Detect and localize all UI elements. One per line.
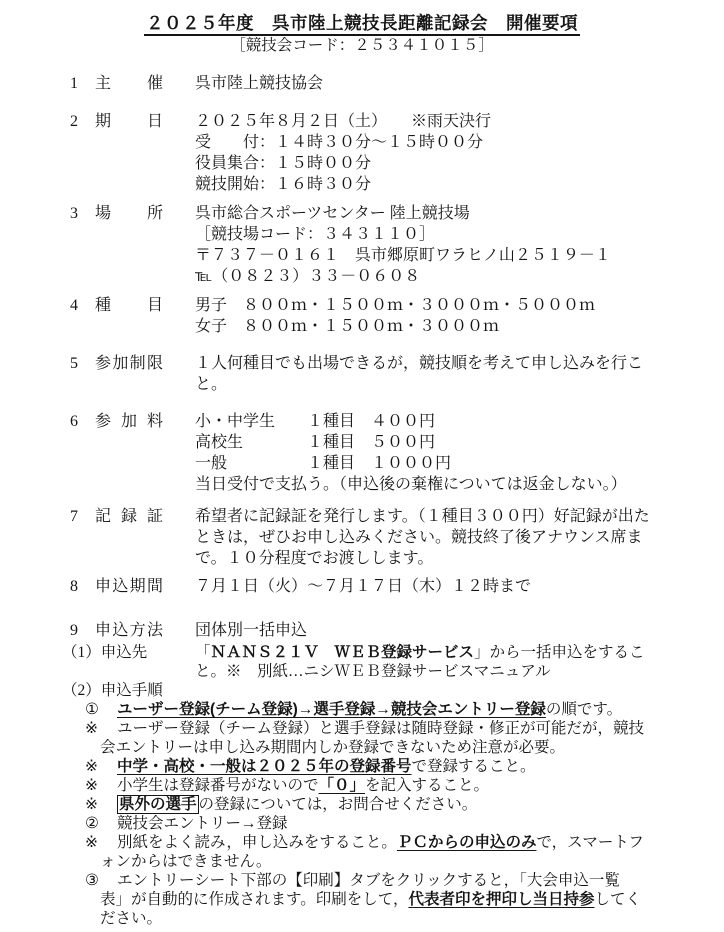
- text-segment: 役員集合：１５時００分: [195, 155, 371, 172]
- text-segment: ＰＣからの申込のみ: [397, 834, 537, 851]
- sub-2: （2）申込手順: [0, 681, 724, 700]
- item-3: 3場所呉市総合スポーツセンター 陸上競技場［競技場コード：３４３１１０］〒７３７…: [0, 203, 724, 287]
- doc-line: と。: [195, 374, 724, 395]
- item-label: 申込方法: [95, 620, 163, 641]
- document-header: ２０２５年度 呉市陸上競技長距離記録会 開催要項: [0, 11, 724, 35]
- text-segment: ときは，ぜひお申し込みください。競技終了後アナウンス席ま: [195, 529, 643, 546]
- item-label: 参加料: [95, 411, 163, 432]
- text-segment: ユーザー登録(チーム登録)→選手登録→競技会エントリー登録: [117, 701, 546, 718]
- doc-line: ださい。: [100, 909, 704, 928]
- note-4: ※県外の選手の登録については，お問合せください。: [100, 795, 704, 814]
- note-1: ※ユーザー登録（チーム登録）と選手登録は随時登録・修正が可能だが，競技会エントリ…: [100, 719, 704, 757]
- doc-line: 団体別一括申込: [195, 620, 724, 641]
- text-segment: 希望者に記録証を発行します。（１種目３００円）好記録が出た: [195, 508, 650, 525]
- sub-label: 申込先: [101, 644, 148, 661]
- note-3: ※小学生は登録番号がないので「０」を記入すること。: [100, 776, 704, 795]
- step-marker: ※: [85, 833, 117, 852]
- doc-line: 会エントリーは申し込み期間内しか登録できないため注意が必要。: [100, 738, 704, 757]
- item-label: 種目: [95, 295, 163, 316]
- text-segment: で。１０分程度でお渡しします。: [195, 550, 433, 567]
- section-content: 希望者に記録証を発行します。（１種目３００円）好記録が出たときは，ぜひお申し込み…: [195, 506, 724, 569]
- doc-line: 「ＮＡＮＳ２１Ｖ ＷＥＢ登録サービス」から一括申込をするこ: [195, 643, 724, 662]
- label-char: 証: [147, 506, 163, 527]
- label-char: 種: [95, 295, 111, 316]
- doc-line: 呉市総合スポーツセンター 陸上競技場: [195, 203, 724, 224]
- text-segment: ［競技場コード：３４３１１０］: [195, 226, 435, 243]
- text-segment: 受 付：１４時３０分～１５時００分: [195, 134, 483, 151]
- step-2: ②競技会エントリー→登録: [100, 814, 704, 833]
- doc-line: で。１０分程度でお渡しします。: [195, 548, 724, 569]
- doc-line: ときは，ぜひお申し込みください。競技終了後アナウンス席ま: [195, 527, 724, 548]
- label-char: 場: [95, 203, 111, 224]
- item-number: 5: [70, 353, 95, 374]
- note-2: ※中学・高校・一般は２０２５年の登録番号で登録すること。: [100, 757, 704, 776]
- item-label: 期日: [95, 111, 163, 132]
- text-segment: 」から一括申込をするこ: [474, 644, 645, 661]
- label-char: 記: [95, 506, 111, 527]
- doc-line: 県外の選手の登録については，お問合せください。: [100, 795, 704, 814]
- text-segment: 〒７３７－０１６１ 呉市郷原町ワラヒノ山２５１９－１: [195, 247, 611, 264]
- text-segment: ださい。: [100, 910, 162, 927]
- item-number: 3: [70, 203, 95, 224]
- doc-line: 呉市陸上競技協会: [195, 73, 724, 94]
- text-segment: エントリーシート下部の【印刷】タブをクリックすると，「大会申込一覧: [117, 872, 620, 889]
- section-content: 小学生は登録番号がないので「０」を記入すること。: [100, 776, 704, 795]
- label-char: 録: [121, 506, 137, 527]
- label-char: 法: [147, 620, 163, 641]
- doc-line: 競技開始：１６時３０分: [195, 174, 724, 195]
- doc-line: 高校生 １種目 ５００円: [195, 432, 724, 453]
- section-content: 呉市陸上競技協会: [195, 73, 724, 94]
- item-7: 7記録証希望者に記録証を発行します。（１種目３００円）好記録が出たときは，ぜひお…: [0, 506, 724, 569]
- doc-body: 1主催呉市陸上競技協会2期日２０２５年８月２日（土） ※雨天決行受 付：１４時３…: [0, 73, 724, 928]
- text-segment: 女子 ８００ｍ・１５００ｍ・３０００ｍ: [195, 318, 499, 335]
- text-segment: ォンからはできません。: [100, 853, 271, 870]
- step-marker: ※: [85, 757, 117, 776]
- text-segment: と。※ 別紙…ニシＷＥＢ登録サービスマニュアル: [195, 663, 551, 680]
- meet-code: ［競技会コード：２５３４１０１５］: [0, 35, 724, 56]
- step-marker: ※: [85, 719, 117, 738]
- text-segment: 一般 １種目 １０００円: [195, 455, 451, 472]
- sub-head: （1）申込先: [62, 643, 195, 662]
- item-label: 場所: [95, 203, 163, 224]
- text-segment: 団体別一括申込: [195, 622, 307, 639]
- doc-line: と。※ 別紙…ニシＷＥＢ登録サービスマニュアル: [195, 662, 724, 681]
- doc-line: ℡（０８２３）３３－０６０８: [195, 266, 724, 287]
- item-5: 5参加制限１人何種目でも出場できるが，競技順を考えて申し込みを行こと。: [0, 353, 724, 395]
- doc-line: エントリーシート下部の【印刷】タブをクリックすると，「大会申込一覧: [100, 871, 704, 890]
- text-segment: の登録については，お問合せください。: [199, 796, 478, 813]
- doc-line: 小・中学生 １種目 ４００円: [195, 411, 724, 432]
- label-char: 加: [112, 353, 128, 374]
- text-segment: と。: [195, 376, 227, 393]
- step-marker: ※: [85, 795, 117, 814]
- text-segment: ＮＡＮＳ２１Ｖ ＷＥＢ登録サービス: [211, 644, 475, 661]
- label-char: 方: [130, 620, 146, 641]
- text-segment: ℡（０８２３）３３－０６０８: [195, 268, 420, 285]
- section-content: ７月１日（火）～７月１７日（木）１２時まで: [195, 576, 724, 597]
- text-segment: 競技開始：１６時３０分: [195, 176, 371, 193]
- doc-line: 競技会エントリー→登録: [100, 814, 704, 833]
- label-char: 料: [147, 411, 163, 432]
- doc-line: 役員集合：１５時００分: [195, 153, 724, 174]
- label-char: 日: [147, 111, 163, 132]
- doc-line: 男子 ８００ｍ・１５００ｍ・３０００ｍ・５０００ｍ: [195, 295, 724, 316]
- doc-line: 受 付：１４時３０分～１５時００分: [195, 132, 724, 153]
- text-segment: ユーザー登録（チーム登録）と選手登録は随時登録・修正が可能だが，競技: [117, 720, 644, 737]
- label-char: 込: [112, 620, 128, 641]
- text-segment: で登録すること。: [412, 758, 536, 775]
- text-segment: １人何種目でも出場できるが，競技順を考えて申し込みを行こ: [195, 355, 643, 372]
- section-content: 男子 ８００ｍ・１５００ｍ・３０００ｍ・５０００ｍ女子 ８００ｍ・１５００ｍ・３…: [195, 295, 724, 337]
- text-segment: 当日受付で支払う。（申込後の棄権については返金しない。）: [195, 476, 627, 493]
- item-number: 9: [70, 620, 95, 641]
- item-1: 1主催呉市陸上競技協会: [0, 73, 724, 94]
- label-char: 期: [95, 111, 111, 132]
- text-segment: 呉市陸上競技協会: [195, 75, 323, 92]
- sub-marker: （2）: [62, 682, 101, 699]
- section-content: 呉市総合スポーツセンター 陸上競技場［競技場コード：３４３１１０］〒７３７－０１…: [195, 203, 724, 287]
- doc-line: 中学・高校・一般は２０２５年の登録番号で登録すること。: [100, 757, 704, 776]
- item-9: 9申込方法団体別一括申込: [0, 620, 724, 641]
- doc-line: ２０２５年８月２日（土） ※雨天決行: [195, 111, 724, 132]
- text-segment: 小・中学生 １種目 ４００円: [195, 413, 435, 430]
- label-char: 加: [121, 411, 137, 432]
- step-marker: ②: [85, 814, 117, 833]
- doc-line: 一般 １種目 １０００円: [195, 453, 724, 474]
- label-char: 込: [112, 576, 128, 597]
- section-content: 競技会エントリー→登録: [100, 814, 704, 833]
- text-segment: 中学・高校・一般は２０２５年の登録番号: [117, 758, 412, 775]
- note-5: ※別紙をよく読み，申し込みをすること。ＰＣからの申込のみで，スマートフォンからは…: [100, 833, 704, 871]
- section-content: 団体別一括申込: [195, 620, 724, 641]
- doc-title: ２０２５年度 呉市陸上競技長距離記録会 開催要項: [144, 13, 580, 36]
- label-char: 参: [95, 353, 111, 374]
- label-char: 期: [130, 576, 146, 597]
- doc-line: ォンからはできません。: [100, 852, 704, 871]
- item-6: 6参加料小・中学生 １種目 ４００円高校生 １種目 ５００円一般 １種目 １００…: [0, 411, 724, 495]
- doc-line: 女子 ８００ｍ・１５００ｍ・３０００ｍ: [195, 316, 724, 337]
- text-segment: 別紙をよく読み，申し込みをすること。: [117, 834, 397, 851]
- item-label: 参加制限: [95, 353, 163, 374]
- text-segment: ２０２５年８月２日（土） ※雨天決行: [195, 113, 491, 130]
- label-char: 申: [95, 576, 111, 597]
- doc-line: ユーザー登録(チーム登録)→選手登録→競技会エントリー登録の順です。: [100, 700, 704, 719]
- section-content: 中学・高校・一般は２０２５年の登録番号で登録すること。: [100, 757, 704, 776]
- step-marker: ③: [85, 871, 117, 890]
- label-char: 主: [95, 73, 111, 94]
- doc-line: 表」が自動的に作成されます。印刷をして，代表者印を押印し当日持参してく: [100, 890, 704, 909]
- doc-line: 小学生は登録番号がないので「０」を記入すること。: [100, 776, 704, 795]
- label-char: 催: [147, 73, 163, 94]
- item-number: 6: [70, 411, 95, 432]
- label-char: 間: [147, 576, 163, 597]
- label-char: 制: [130, 353, 146, 374]
- text-segment: 呉市総合スポーツセンター 陸上競技場: [195, 205, 470, 222]
- step-1: ①ユーザー登録(チーム登録)→選手登録→競技会エントリー登録の順です。: [100, 700, 704, 719]
- text-segment: を記入すること。: [365, 777, 489, 794]
- text-segment: 会エントリーは申し込み期間内しか登録できないため注意が必要。: [100, 739, 565, 756]
- sub-1: （1）申込先「ＮＡＮＳ２１Ｖ ＷＥＢ登録サービス」から一括申込をすること。※ 別…: [0, 643, 724, 681]
- doc-line: ７月１日（火）～７月１７日（木）１２時まで: [195, 576, 724, 597]
- label-char: 限: [147, 353, 163, 374]
- item-label: 申込期間: [95, 576, 163, 597]
- doc-line: ユーザー登録（チーム登録）と選手登録は随時登録・修正が可能だが，競技: [100, 719, 704, 738]
- section-content: ２０２５年８月２日（土） ※雨天決行受 付：１４時３０分～１５時００分役員集合：…: [195, 111, 724, 195]
- sub-head: （2）申込手順: [62, 681, 195, 700]
- doc-line: 希望者に記録証を発行します。（１種目３００円）好記録が出た: [195, 506, 724, 527]
- doc-line: ［競技場コード：３４３１１０］: [195, 224, 724, 245]
- item-number: 4: [70, 295, 95, 316]
- text-segment: 県外の選手: [117, 795, 199, 814]
- step-marker: ①: [85, 700, 117, 719]
- item-number: 1: [70, 73, 95, 94]
- text-segment: 男子 ８００ｍ・１５００ｍ・３０００ｍ・５０００ｍ: [195, 297, 595, 314]
- step-marker: ※: [85, 776, 117, 795]
- section-content: 県外の選手の登録については，お問合せください。: [100, 795, 704, 814]
- section-content: １人何種目でも出場できるが，競技順を考えて申し込みを行こと。: [195, 353, 724, 395]
- doc-line: １人何種目でも出場できるが，競技順を考えて申し込みを行こ: [195, 353, 724, 374]
- item-label: 記録証: [95, 506, 163, 527]
- doc-line: 別紙をよく読み，申し込みをすること。ＰＣからの申込のみで，スマートフ: [100, 833, 704, 852]
- label-char: 目: [147, 295, 163, 316]
- section-content: 小・中学生 １種目 ４００円高校生 １種目 ５００円一般 １種目 １０００円当日…: [195, 411, 724, 495]
- doc-line: 〒７３７－０１６１ 呉市郷原町ワラヒノ山２５１９－１: [195, 245, 724, 266]
- text-segment: 競技会エントリー→登録: [117, 815, 288, 832]
- item-2: 2期日２０２５年８月２日（土） ※雨天決行受 付：１４時３０分～１５時００分役員…: [0, 111, 724, 195]
- item-label: 主催: [95, 73, 163, 94]
- section-content: 「ＮＡＮＳ２１Ｖ ＷＥＢ登録サービス」から一括申込をすること。※ 別紙…ニシＷＥ…: [195, 643, 724, 681]
- item-8: 8申込期間７月１日（火）～７月１７日（木）１２時まで: [0, 576, 724, 597]
- sub-label: 申込手順: [101, 682, 163, 699]
- section-content: ユーザー登録(チーム登録)→選手登録→競技会エントリー登録の順です。: [100, 700, 704, 719]
- text-segment: の順です。: [546, 701, 622, 718]
- label-char: 所: [147, 203, 163, 224]
- text-segment: 「: [195, 644, 211, 661]
- section-content: 別紙をよく読み，申し込みをすること。ＰＣからの申込のみで，スマートフォンからはで…: [100, 833, 704, 871]
- text-segment: ７月１日（火）～７月１７日（木）１２時まで: [195, 578, 531, 595]
- text-segment: してく: [594, 891, 641, 908]
- document-page: ２０２５年度 呉市陸上競技長距離記録会 開催要項 ［競技会コード：２５３４１０１…: [0, 0, 724, 932]
- text-segment: 高校生 １種目 ５００円: [195, 434, 435, 451]
- text-segment: 「０」: [319, 777, 366, 794]
- section-content: ユーザー登録（チーム登録）と選手登録は随時登録・修正が可能だが，競技会エントリー…: [100, 719, 704, 757]
- text-segment: 小学生は登録番号がないので: [117, 777, 319, 794]
- item-number: 8: [70, 576, 95, 597]
- item-4: 4種目男子 ８００ｍ・１５００ｍ・３０００ｍ・５０００ｍ女子 ８００ｍ・１５００…: [0, 295, 724, 337]
- step-3: ③エントリーシート下部の【印刷】タブをクリックすると，「大会申込一覧表」が自動的…: [100, 871, 704, 928]
- doc-line: 当日受付で支払う。（申込後の棄権については返金しない。）: [195, 474, 724, 495]
- text-segment: 表」が自動的に作成されます。印刷をして，: [100, 891, 408, 908]
- text-segment: 代表者印を押印し当日持参: [408, 891, 594, 908]
- text-segment: で，スマートフ: [536, 834, 643, 851]
- section-content: エントリーシート下部の【印刷】タブをクリックすると，「大会申込一覧表」が自動的に…: [100, 871, 704, 928]
- label-char: 申: [95, 620, 111, 641]
- item-number: 2: [70, 111, 95, 132]
- item-number: 7: [70, 506, 95, 527]
- label-char: 参: [95, 411, 111, 432]
- sub-marker: （1）: [62, 644, 101, 661]
